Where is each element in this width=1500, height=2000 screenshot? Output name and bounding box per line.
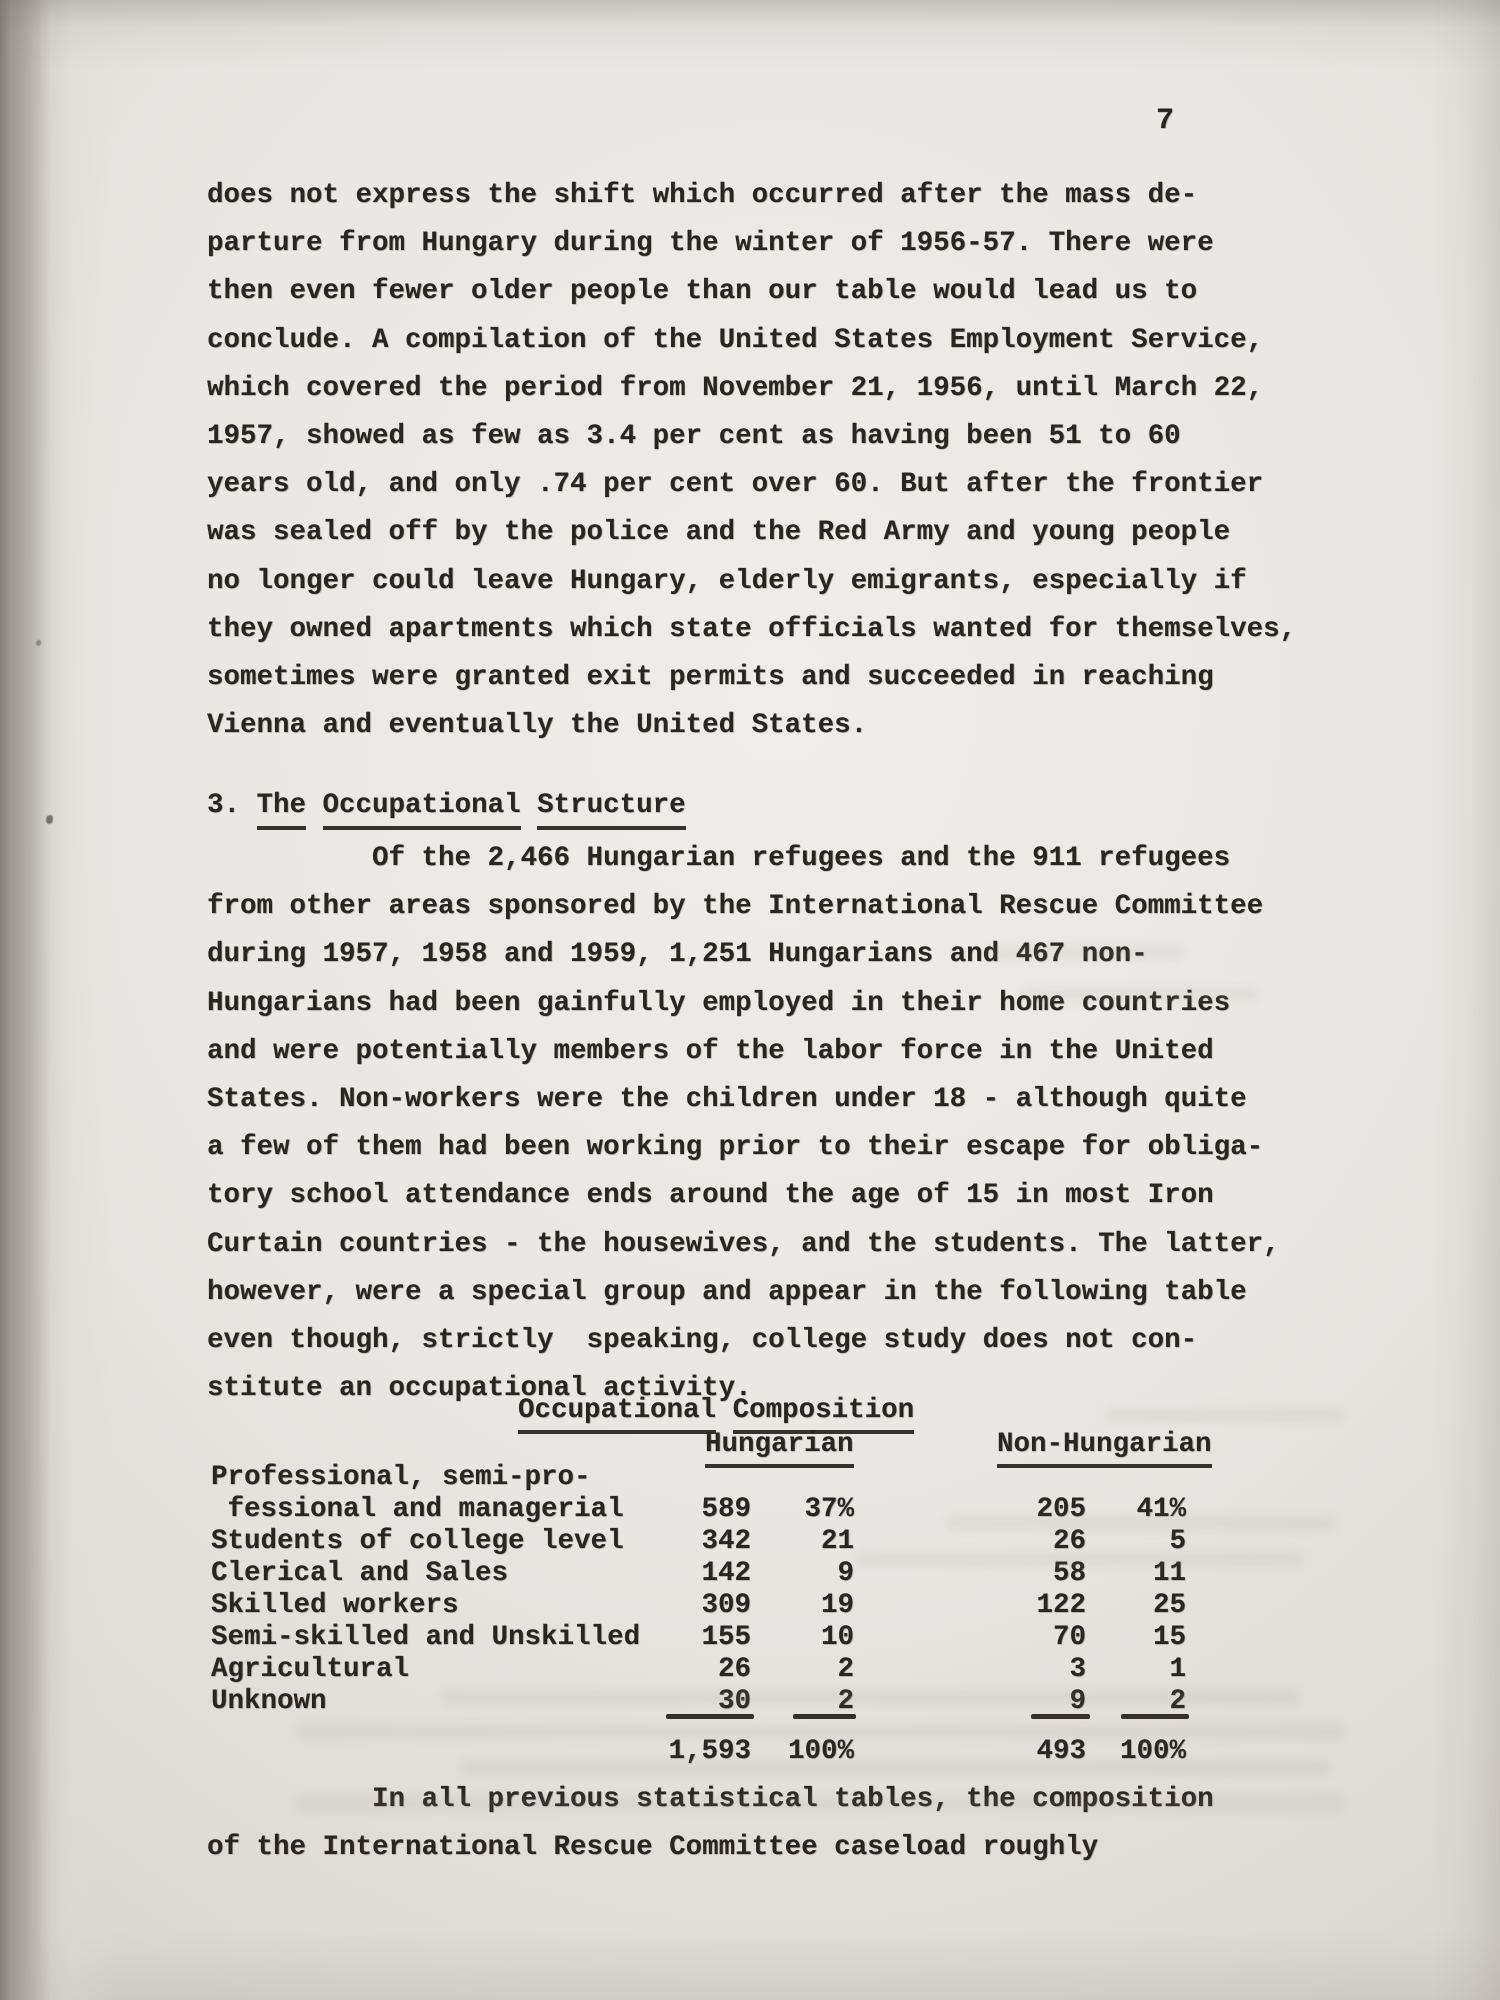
- text-line: Curtain countries - the housewives, and …: [207, 1221, 1280, 1269]
- paper-speck: [36, 640, 41, 646]
- text-line: then even fewer older people than our ta…: [207, 268, 1296, 316]
- non-hungarian-percent: 1: [1066, 1654, 1186, 1686]
- text-line: years old, and only .74 per cent over 60…: [207, 461, 1296, 509]
- table-rows: Professional, semi-pro- fessional and ma…: [211, 1462, 1186, 1718]
- row-label: Unknown: [211, 1686, 327, 1718]
- bleedthrough-smudge: [945, 1516, 1335, 1530]
- hungarian-percent: 21: [734, 1526, 854, 1558]
- row-label: Students of college level: [211, 1526, 624, 1558]
- row-label: Agricultural: [211, 1654, 409, 1686]
- total-rule-hungarian-count: [666, 1714, 754, 1719]
- underlined-word: Structure: [537, 788, 686, 830]
- text-line: conclude. A compilation of the United St…: [207, 317, 1296, 365]
- hungarian-count: 26: [591, 1654, 751, 1686]
- bleedthrough-smudge: [855, 1552, 1305, 1566]
- text-line: tory school attendance ends around the a…: [207, 1172, 1280, 1220]
- hungarian-count: 309: [591, 1590, 751, 1622]
- text-line: and were potentially members of the labo…: [207, 1028, 1280, 1076]
- hungarian-percent: 37%: [734, 1494, 854, 1526]
- text-line: parture from Hungary during the winter o…: [207, 220, 1296, 268]
- text-line: no longer could leave Hungary, elderly e…: [207, 558, 1296, 606]
- row-label: fessional and managerial: [211, 1494, 624, 1526]
- bleedthrough-smudge: [1020, 988, 1260, 1001]
- document-page: 7 does not express the shift which occur…: [0, 0, 1500, 2000]
- non-hungarian-percent: 25: [1066, 1590, 1186, 1622]
- table-row: Skilled workers3091912225: [211, 1590, 1186, 1622]
- row-label: Skilled workers: [211, 1590, 459, 1622]
- table-row: Professional, semi-pro-: [211, 1462, 1186, 1494]
- text-line: Hungarians had been gainfully employed i…: [207, 980, 1280, 1028]
- text-line: Of the 2,466 Hungarian refugees and the …: [207, 835, 1280, 883]
- total-rule-hungarian-percent: [793, 1714, 856, 1719]
- bleedthrough-smudge: [985, 946, 1185, 959]
- text-line: Vienna and eventually the United States.: [207, 702, 1296, 750]
- paragraph-2: Of the 2,466 Hungarian refugees and the …: [207, 835, 1280, 1413]
- bleedthrough-smudge: [1105, 1408, 1345, 1422]
- total-rule-non-hungarian-count: [1031, 1714, 1090, 1719]
- hungarian-percent: 9: [734, 1558, 854, 1590]
- text-line: from other areas sponsored by the Intern…: [207, 883, 1280, 931]
- section-number: 3.: [207, 790, 240, 821]
- underlined-word: The: [257, 788, 307, 830]
- bleedthrough-smudge: [295, 1724, 1345, 1739]
- table-row: Semi-skilled and Unskilled155107015: [211, 1622, 1186, 1654]
- total-rule-non-hungarian-percent: [1121, 1714, 1189, 1719]
- hungarian-percent: 19: [734, 1590, 854, 1622]
- hungarian-percent: 10: [734, 1622, 854, 1654]
- underlined-word: Occupational: [323, 788, 521, 830]
- paper-speck: [46, 815, 53, 824]
- hungarian-count: 142: [591, 1558, 751, 1590]
- bleedthrough-smudge: [440, 1690, 1300, 1705]
- text-line: of the International Rescue Committee ca…: [207, 1824, 1214, 1872]
- text-line: they owned apartments which state offici…: [207, 606, 1296, 654]
- text-line: which covered the period from November 2…: [207, 365, 1296, 413]
- hungarian-count: 342: [591, 1526, 751, 1558]
- row-label: Clerical and Sales: [211, 1558, 508, 1590]
- text-line: was sealed off by the police and the Red…: [207, 509, 1296, 557]
- row-label: Semi-skilled and Unskilled: [211, 1622, 640, 1654]
- non-hungarian-percent: 15: [1066, 1622, 1186, 1654]
- text-line: 1957, showed as few as 3.4 per cent as h…: [207, 413, 1296, 461]
- section-heading: 3.The Occupational Structure: [207, 788, 686, 830]
- bleedthrough-smudge: [295, 1796, 1345, 1811]
- text-line: a few of them had been working prior to …: [207, 1124, 1280, 1172]
- underlined-word: Occupational: [518, 1394, 716, 1434]
- page-number: 7: [1156, 104, 1174, 138]
- hungarian-percent: 2: [734, 1654, 854, 1686]
- text-line: sometimes were granted exit permits and …: [207, 654, 1296, 702]
- row-label: Professional, semi-pro-: [211, 1462, 591, 1494]
- hungarian-count: 155: [591, 1622, 751, 1654]
- hungarian-count: 589: [591, 1494, 751, 1526]
- text-line: even though, strictly speaking, college …: [207, 1317, 1280, 1365]
- table-row: Agricultural26231: [211, 1654, 1186, 1686]
- paragraph-1: does not express the shift which occurre…: [207, 172, 1296, 750]
- bleedthrough-smudge: [460, 1760, 1330, 1775]
- text-line: does not express the shift which occurre…: [207, 172, 1296, 220]
- paragraph-3: In all previous statistical tables, the …: [207, 1776, 1214, 1872]
- text-line: States. Non-workers were the children un…: [207, 1076, 1280, 1124]
- section-title: The Occupational Structure: [257, 790, 686, 821]
- text-line: however, were a special group and appear…: [207, 1269, 1280, 1317]
